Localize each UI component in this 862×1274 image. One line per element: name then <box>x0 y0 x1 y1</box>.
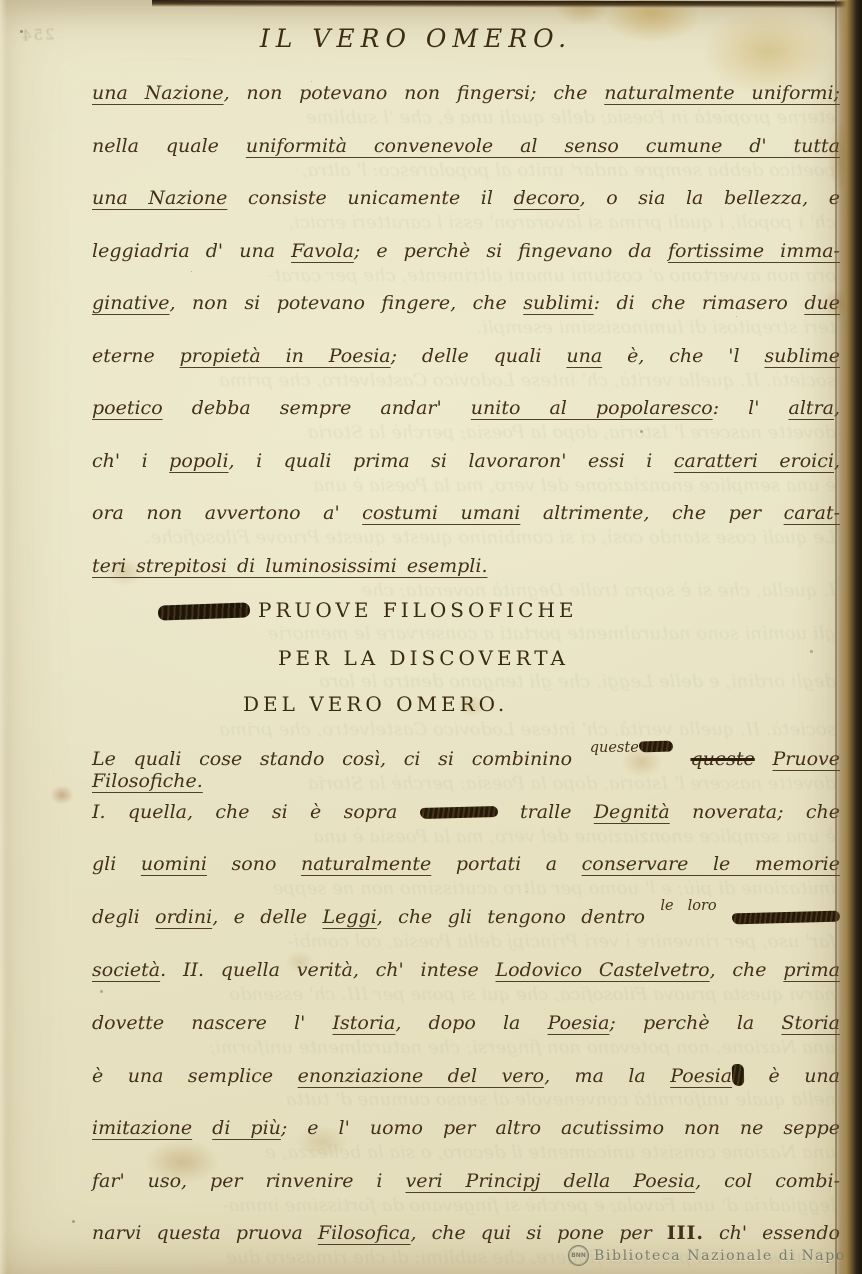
text-segment: Poesia <box>548 1012 610 1034</box>
text-segment: ginative <box>92 292 170 314</box>
verso-showthrough-line: degli ordini, e delle Leggi, che gli ten… <box>36 671 836 692</box>
library-watermark-text: Biblioteca Nazionale di Napoli <box>594 1248 858 1264</box>
manuscript-page: eterne propietà in Poesia; delle quali u… <box>0 0 862 1274</box>
text-segment <box>192 1117 212 1139</box>
library-logo-icon: BNN <box>568 1245 589 1266</box>
text-segment: : di che rimasero <box>594 292 805 314</box>
text-segment: altra <box>789 397 834 419</box>
text-segment: noverata; che <box>670 801 840 823</box>
text-segment: dovette nascere l' <box>92 1012 333 1034</box>
inked-out-word <box>732 911 840 925</box>
text-segment: una <box>566 345 602 367</box>
manuscript-line: nella quale uniformità convenevole al se… <box>92 135 840 165</box>
text-segment: Lodovico Castelvetro <box>496 959 710 981</box>
text-segment: consiste unicamente il <box>227 187 513 209</box>
text-segment: naturalmente uniformi; <box>604 82 840 104</box>
section-heading-line-3: DEL VERO OMERO. <box>243 692 508 716</box>
text-segment: propietà in Poesia <box>180 345 391 367</box>
text-segment: Degnità <box>594 801 670 823</box>
text-segment: caratteri eroici <box>674 450 834 472</box>
text-segment: . II. quella verità, ch' intese <box>160 959 495 981</box>
text-segment: , e delle <box>212 906 322 928</box>
text-segment: sublimi <box>523 292 593 314</box>
text-segment: società <box>92 959 160 981</box>
section-heading-line-2: PER LA DISCOVERTA <box>278 646 569 670</box>
text-segment: queste <box>590 740 639 756</box>
text-segment: Filosofica <box>318 1222 411 1244</box>
text-segment: : l' <box>713 397 789 419</box>
text-segment: fortissime imma- <box>668 240 840 262</box>
text-segment: III. <box>667 1222 704 1244</box>
library-watermark: BNN Biblioteca Nazionale di Napoli <box>568 1245 858 1266</box>
text-segment: imitazione <box>92 1117 192 1139</box>
verso-showthrough-line: gli uomini sono naturalmente portati a c… <box>36 623 836 644</box>
text-segment: far' uso, per rinvenire i <box>92 1170 405 1192</box>
text-segment: Favola <box>291 240 354 262</box>
text-segment: ; delle quali <box>391 345 567 367</box>
text-segment: , col combi- <box>695 1170 840 1192</box>
text-segment: è una semplice <box>92 1065 298 1087</box>
text-segment: altrimente, che per <box>520 502 783 524</box>
text-segment: costumi umani <box>362 502 520 524</box>
text-segment <box>673 748 691 770</box>
text-segment: è una <box>744 1065 840 1087</box>
manuscript-line: teri strepitosi di luminosissimi esempli… <box>92 555 840 577</box>
manuscript-line: ginative, non si potevano fingere, che s… <box>92 292 840 322</box>
text-segment: naturalmente <box>301 853 431 875</box>
manuscript-line: degli ordini, e delle Leggi, che gli ten… <box>92 906 840 936</box>
text-segment: ; e l' uomo per altro acutissimo non ne … <box>281 1117 840 1139</box>
text-segment: , che <box>710 959 784 981</box>
text-segment: , che gli tengono dentro <box>377 906 661 928</box>
section-heading-text-1: PRUOVE FILOSOFICHE <box>258 598 578 622</box>
text-segment: Le quali cose stando così, ci si combini… <box>92 748 590 770</box>
manuscript-line: I. quella, che si è sopra tralle Degnità… <box>92 801 840 831</box>
text-segment: ch' i <box>92 450 169 472</box>
text-segment <box>755 748 773 770</box>
text-segment: Storia <box>781 1012 840 1034</box>
text-segment: , che qui si pone per <box>411 1222 667 1244</box>
manuscript-line: gli uomini sono naturalmente portati a c… <box>92 853 840 883</box>
text-segment: una Nazione <box>92 187 227 209</box>
text-segment: prima <box>783 959 840 981</box>
text-segment: ordini <box>155 906 212 928</box>
text-segment: leggiadria d' una <box>92 240 291 262</box>
text-segment: le loro <box>660 898 716 914</box>
text-segment: Istoria <box>333 1012 396 1034</box>
manuscript-line: dovette nascere l' Istoria, dopo la Poes… <box>92 1012 840 1042</box>
text-segment: degli <box>92 906 155 928</box>
text-segment: queste <box>690 748 754 770</box>
manuscript-line: ch' i popoli, i quali prima si lavoraron… <box>92 450 840 480</box>
text-segment: nella quale <box>92 135 246 157</box>
text-segment: , ma la <box>544 1065 670 1087</box>
section-heading-line-1: PRUOVE FILOSOFICHE <box>158 598 578 622</box>
text-segment: ch' essendo <box>704 1222 840 1244</box>
text-segment: ora non avvertono a' <box>92 502 362 524</box>
text-segment: di più <box>212 1117 281 1139</box>
text-segment: Poesia <box>670 1065 732 1087</box>
text-segment: , dopo la <box>395 1012 547 1034</box>
text-segment: , o sia la bellezza, e <box>580 187 840 209</box>
page-title: IL VERO OMERO. <box>0 24 832 53</box>
text-segment: decoro <box>514 187 580 209</box>
text-segment: , i quali prima si lavoraron' essi i <box>229 450 674 472</box>
text-segment: Leggi <box>322 906 376 928</box>
inked-out-word <box>158 602 250 620</box>
text-segment: uomini <box>141 853 207 875</box>
manuscript-line: leggiadria d' una Favola; e perchè si fi… <box>92 240 840 270</box>
text-segment: narvi questa pruova <box>92 1222 318 1244</box>
manuscript-line: è una semplice enonziazione del vero, ma… <box>92 1064 840 1094</box>
text-segment: , non si potevano fingere, che <box>170 292 524 314</box>
manuscript-line: società. II. quella verità, ch' intese L… <box>92 959 840 989</box>
manuscript-line: far' uso, per rinvenire i veri Principj … <box>92 1170 840 1200</box>
text-segment: enonziazione del vero <box>298 1065 544 1087</box>
manuscript-line: imitazione di più; e l' uomo per altro a… <box>92 1117 840 1147</box>
text-segment: debba sempre andar' <box>163 397 471 419</box>
text-segment: tralle <box>498 801 594 823</box>
manuscript-line: una Nazione consiste unicamente il decor… <box>92 187 840 217</box>
inked-out-insertion <box>639 740 673 756</box>
text-segment: carat- <box>784 502 840 524</box>
text-segment: unito al popolaresco <box>471 397 713 419</box>
text-segment: popoli <box>169 450 228 472</box>
text-segment: gli <box>92 853 141 875</box>
manuscript-line: ora non avvertono a' costumi umani altri… <box>92 502 840 532</box>
verso-showthrough-line: società. II. quella verità, ch' intese L… <box>36 719 836 740</box>
text-segment: veri Principj della Poesia <box>405 1170 695 1192</box>
inked-out-word <box>732 1064 745 1086</box>
manuscript-line: eterne propietà in Poesia; delle quali u… <box>92 345 840 375</box>
text-segment: portati a <box>431 853 581 875</box>
text-segment: conservare le memorie <box>582 853 840 875</box>
inked-out-word <box>420 806 498 819</box>
text-segment: , non potevano non fingersi; che <box>224 82 605 104</box>
text-segment: è, che 'l <box>602 345 764 367</box>
page-left-edge <box>0 0 7 1274</box>
manuscript-line: poetico debba sempre andar' unito al pop… <box>92 397 840 427</box>
text-segment: uniformità convenevole al senso cumune d… <box>246 135 840 157</box>
text-segment: eterne <box>92 345 180 367</box>
text-segment: poetico <box>92 397 163 419</box>
manuscript-line: Le quali cose stando così, ci si combini… <box>92 748 840 778</box>
page-top-edge <box>152 0 862 8</box>
text-segment: una Nazione <box>92 82 224 104</box>
text-segment: ; e perchè si fingevano da <box>354 240 668 262</box>
text-segment: ; perchè la <box>609 1012 781 1034</box>
text-segment: sono <box>207 853 301 875</box>
binding-gutter-edge <box>835 0 862 1274</box>
text-segment: I. quella, che si è sopra <box>92 801 420 823</box>
text-segment: teri strepitosi di luminosissimi esempli… <box>92 555 487 577</box>
text-segment: sublime <box>764 345 840 367</box>
text-segment <box>717 906 732 928</box>
manuscript-line: una Nazione, non potevano non fingersi; … <box>92 82 840 112</box>
